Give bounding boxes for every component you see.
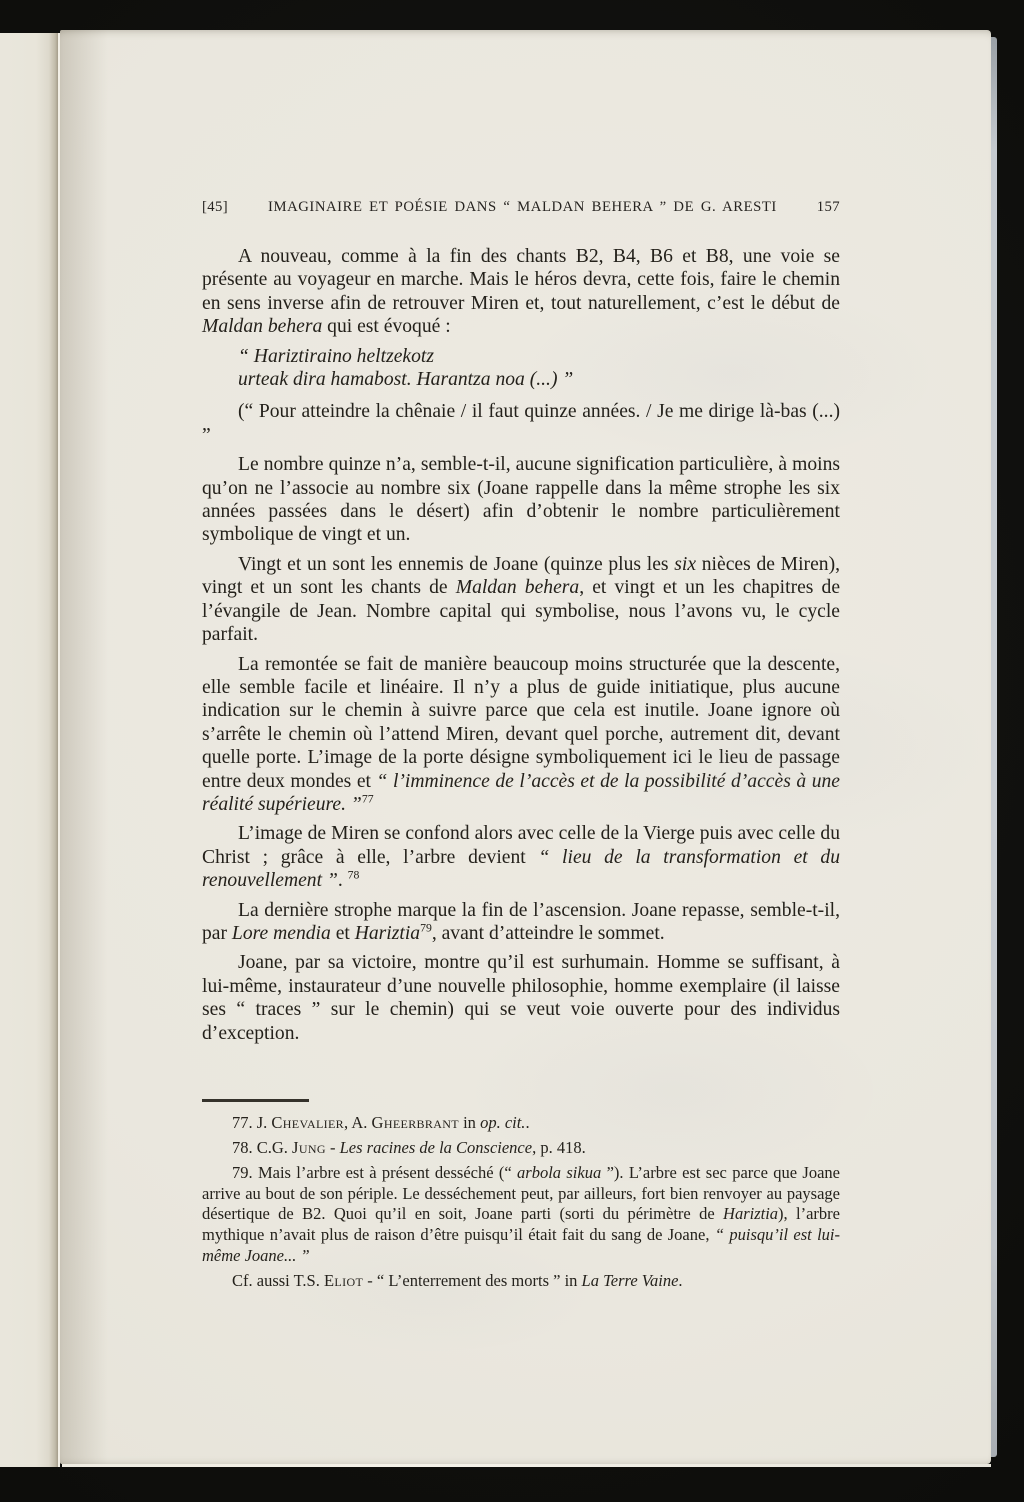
body-paragraph: La dernière strophe marque la fin de l’a… bbox=[202, 899, 840, 946]
footnotes-section: 77. J. Chevalier, A. Gheerbrant in op. c… bbox=[202, 1113, 840, 1296]
running-title: IMAGINAIRE ET POÉSIE DANS “ MALDAN BEHER… bbox=[228, 199, 817, 216]
page-bottom-edge bbox=[62, 1464, 991, 1467]
footnote: 78. C.G. Jung - Les racines de la Consci… bbox=[202, 1138, 840, 1159]
body-paragraph: A nouveau, comme à la fin des chants B2,… bbox=[202, 245, 840, 339]
verse-quote: “ Hariztiraino heltzekotzurteak dira ham… bbox=[238, 345, 840, 392]
footnote: 77. J. Chevalier, A. Gheerbrant in op. c… bbox=[202, 1113, 840, 1134]
body-paragraph: Vingt et un sont les ennemis de Joane (q… bbox=[202, 553, 840, 647]
article-ref: [45] bbox=[202, 199, 228, 216]
verse-line: urteak dira hamabost. Harantza noa (...)… bbox=[238, 368, 840, 391]
photograph-background: [45] IMAGINAIRE ET POÉSIE DANS “ MALDAN … bbox=[0, 0, 1024, 1502]
page-stack-edge bbox=[991, 37, 997, 1457]
body-paragraph: Joane, par sa victoire, montre qu’il est… bbox=[202, 951, 840, 1045]
article-body: A nouveau, comme à la fin des chants B2,… bbox=[202, 245, 840, 1051]
body-paragraph: Le nombre quinze n’a, semble-t-il, aucun… bbox=[202, 453, 840, 547]
verse-line: “ Hariztiraino heltzekotz bbox=[238, 345, 840, 368]
footnote: Cf. aussi T.S. Eliot - “ L’enterrement d… bbox=[202, 1271, 840, 1292]
footnote-separator-rule bbox=[202, 1099, 309, 1102]
body-paragraph: L’image de Miren se confond alors avec c… bbox=[202, 822, 840, 892]
body-paragraph: La remontée se fait de manière beaucoup … bbox=[202, 653, 840, 817]
footnote: 79. Mais l’arbre est à présent desséché … bbox=[202, 1163, 840, 1266]
facing-page-edge bbox=[0, 33, 60, 1467]
page-number: 157 bbox=[817, 199, 840, 216]
running-header: [45] IMAGINAIRE ET POÉSIE DANS “ MALDAN … bbox=[202, 199, 840, 216]
body-paragraph: (“ Pour atteindre la chênaie / il faut q… bbox=[202, 400, 840, 447]
book-page: [45] IMAGINAIRE ET POÉSIE DANS “ MALDAN … bbox=[60, 30, 991, 1464]
